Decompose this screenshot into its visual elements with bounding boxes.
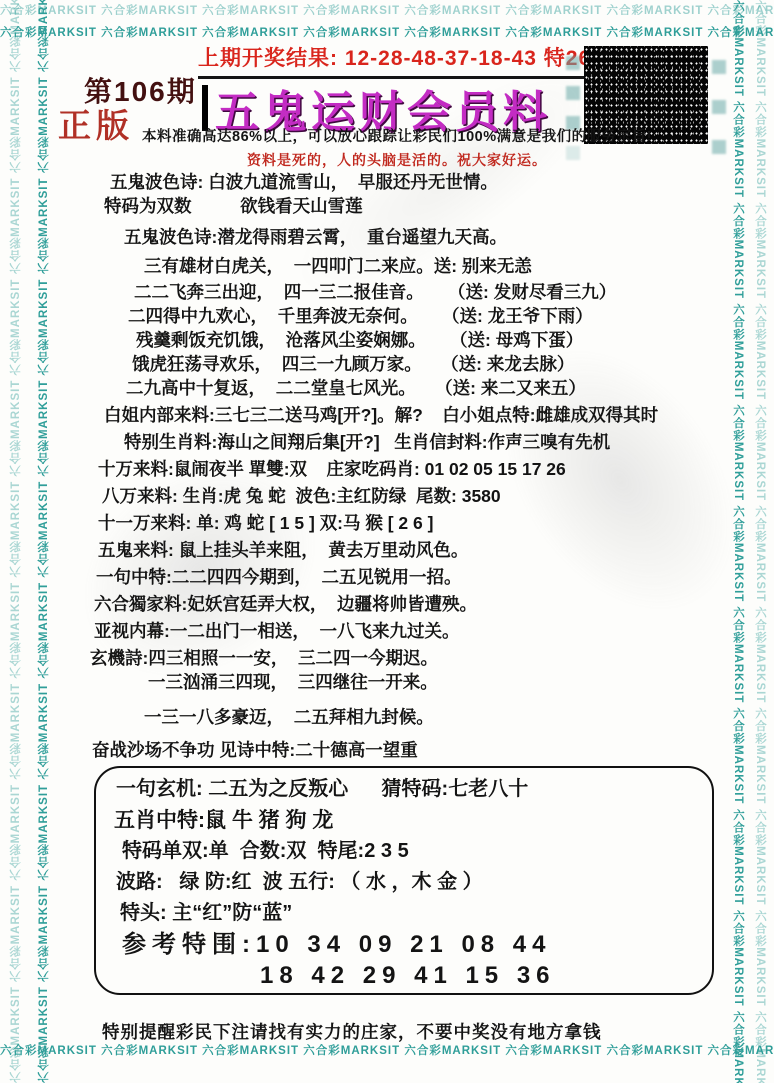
faint-watermark-glyph xyxy=(712,60,726,74)
poem-line: 特码为双数 欲钱看天山雪莲 xyxy=(88,194,714,218)
poem-line: 三有雄材白虎关， 一四叩门二来应。送: 别来无恙 xyxy=(88,254,714,278)
last-draw-results: 上期开奖结果: 12-28-48-37-18-43 特26 xyxy=(198,42,591,79)
faint-watermark-glyph xyxy=(566,86,580,100)
tip-line: 十一万来料: 单: 鸡 蛇 [ 1 5 ] 双:马 猴 [ 2 6 ] xyxy=(88,511,714,535)
faint-watermark-glyph xyxy=(712,100,726,114)
poem-line: 五鬼波色诗: 白波九道流雪山， 早服还丹无世情。 xyxy=(88,170,714,194)
tip-line: 一句中特:二二四四今期到， 二五见锐用一招。 xyxy=(88,565,714,589)
border-watermark-top-faint: 六合彩MARKSIT 六合彩MARKSIT 六合彩MARKSIT 六合彩MARK… xyxy=(0,2,774,15)
poem-line: 一三汹涌三四现， 三四继往一开来。 xyxy=(88,670,714,694)
lottery-tip-sheet: 六合彩MARKSIT 六合彩MARKSIT 六合彩MARKSIT 六合彩MARK… xyxy=(0,0,774,1083)
poem-line: 二九高中十复返， 二二堂皇七风光。 （送: 来二又来五） xyxy=(88,376,714,400)
poem-line: 二二飞奔三出迎， 四一三二报佳音。 （送: 发财尽看三九） xyxy=(88,280,714,304)
tip-line: 八万来料: 生肖:虎 兔 蛇 波色:主红防绿 尾数: 3580 xyxy=(88,484,714,508)
summary-box: 一句玄机: 二五为之反叛心 猜特码:七老八十 五肖中特:鼠 牛 猪 狗 龙 特码… xyxy=(94,766,714,995)
border-watermark-left: 六合彩MARKSIT 六合彩MARKSIT 六合彩MARKSIT 六合彩MARK… xyxy=(36,0,51,1083)
border-watermark-bottom: 六合彩MARKSIT 六合彩MARKSIT 六合彩MARKSIT 六合彩MARK… xyxy=(0,1042,774,1057)
tip-line: 十万来料:鼠闹夜半 單雙:双 庄家吃码肖: 01 02 05 15 17 26 xyxy=(88,457,714,481)
box-line-wave: 波路: 绿 防:红 波 五行: （ 水 ，木 金 ） xyxy=(110,867,698,898)
tip-line: 六合獨家料:妃妖宫廷弄大权， 边疆将帅皆遭殃。 xyxy=(88,592,714,616)
tip-line: 特别生肖料:海山之间翔后集[开?] 生肖信封料:作声三嗅有先机 xyxy=(88,430,714,454)
poem-line: 残羹剩饭充饥饿， 沧落风尘姿娴娜。 （送: 母鸡下蛋） xyxy=(88,328,714,352)
faint-watermark-glyph xyxy=(566,56,580,70)
border-watermark-top: 六合彩MARKSIT 六合彩MARKSIT 六合彩MARKSIT 六合彩MARK… xyxy=(0,24,774,39)
footer-warning: 特别提醒彩民下注请找有实力的庄家，不要中奖没有地方拿钱 xyxy=(88,1019,714,1044)
tip-line: 白姐内部来料:三七三二送马鸡[开?]。解? 白小姐点特:雌雄成双得其时 xyxy=(88,403,714,427)
poem-line: 五鬼波色诗:潜龙得雨碧云霄， 重台遥望九天高。 xyxy=(88,225,714,249)
box-line-oddeven: 特码单双:单 合数:双 特尾:2 3 5 xyxy=(110,836,698,867)
poem-line: 饿虎狂荡寻欢乐， 四三一九顾万家。 （送: 来龙去脉） xyxy=(88,352,714,376)
tip-line: 亚视内幕:一二出门一相送， 一八飞来九过关。 xyxy=(88,619,714,643)
box-line-zodiac: 五肖中特:鼠 牛 猪 狗 龙 xyxy=(110,805,698,836)
box-line-numbers-row1: 参考特围:10 34 09 21 08 44 xyxy=(110,929,698,960)
poem-line: 一三一八多豪迈， 二五拜相九封候。 xyxy=(88,705,714,729)
poem-line: 玄機詩:四三相照一一安， 三二四一今期迟。 xyxy=(88,646,714,670)
prediction-body: 五鬼波色诗: 白波九道流雪山， 早服还丹无世情。 特码为双数 欲钱看天山雪莲 五… xyxy=(88,170,714,1044)
tip-line: 五鬼来料: 鼠上挂头羊来阻， 黄去万里动风色。 xyxy=(88,538,714,562)
border-watermark-left-faint: 六合彩MARKSIT 六合彩MARKSIT 六合彩MARKSIT 六合彩MARK… xyxy=(8,0,21,1083)
poem-line: 二四得中九欢心， 千里奔波无奈何。 （送: 龙王爷下雨） xyxy=(88,304,714,328)
box-line-head: 特头: 主“红”防“蓝” xyxy=(110,898,698,929)
box-line-numbers-row2: 18 42 29 41 15 36 xyxy=(110,960,698,991)
box-line-mystery: 一句玄机: 二五为之反叛心 猜特码:七老八十 xyxy=(110,774,698,805)
accuracy-slogan: 本料准确高达86%以上，可以放心跟踪让彩民们100%满意是我们的服务宗旨! xyxy=(70,125,724,146)
border-watermark-right-faint: 六合彩MARKSIT 六合彩MARKSIT 六合彩MARKSIT 六合彩MARK… xyxy=(755,0,768,1083)
border-watermark-right: 六合彩MARKSIT 六合彩MARKSIT 六合彩MARKSIT 六合彩MARK… xyxy=(731,0,746,1083)
tip-line: 奋战沙场不争功 见诗中特:二十德高一望重 xyxy=(88,738,714,762)
motto-line: 资料是死的，人的头脑是活的。祝大家好运。 xyxy=(70,150,724,170)
